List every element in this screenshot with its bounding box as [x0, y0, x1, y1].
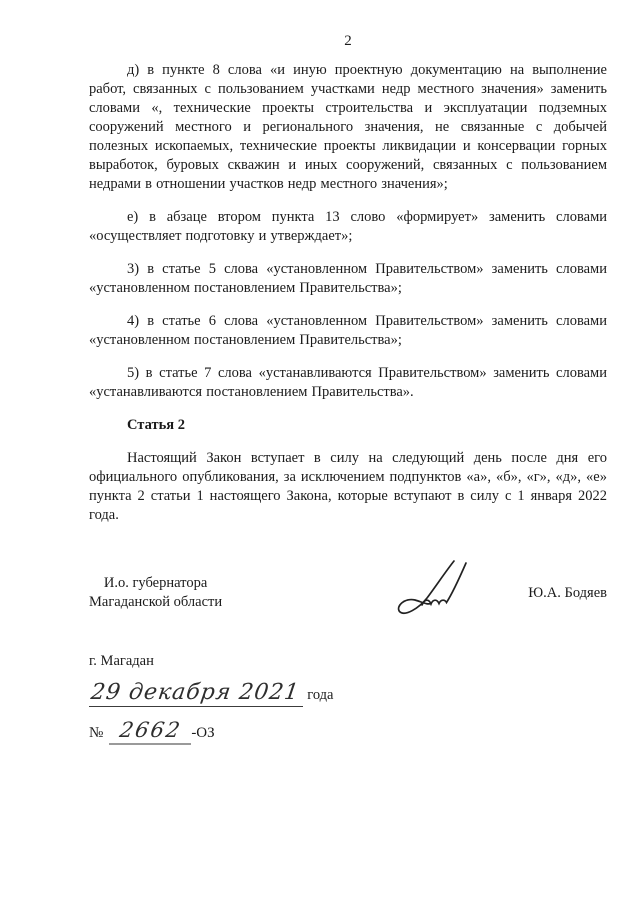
paragraph-point-3: 3) в статье 5 слова «установленном Прави… — [89, 260, 607, 298]
signer-position-line2: Магаданской области — [89, 593, 222, 612]
signer-position-line1: И.о. губернатора — [89, 574, 222, 593]
date-line: 29 декабря 2021года — [89, 681, 607, 707]
paragraph-point-5: 5) в статье 7 слова «устанавливаются Пра… — [89, 364, 607, 402]
article-2-heading: Статья 2 — [89, 416, 607, 435]
city-line: г. Магадан — [89, 652, 607, 671]
number-suffix: -ОЗ — [191, 725, 214, 741]
date-underline: 29 декабря 2021 — [89, 681, 303, 707]
number-underline: 2662 — [109, 719, 191, 745]
signature-row: И.о. губернатора Магаданской области Ю.А… — [89, 573, 607, 613]
paragraph-subpoint-d: д) в пункте 8 слова «и иную проектную до… — [89, 61, 607, 194]
article-2-body: Настоящий Закон вступает в силу на следу… — [89, 449, 607, 525]
paragraph-subpoint-e: е) в абзаце втором пункта 13 слово «форм… — [89, 208, 607, 246]
date-suffix: года — [307, 687, 333, 703]
signer-name: Ю.А. Бодяев — [528, 584, 607, 603]
document-page: 2 д) в пункте 8 слова «и иную проектную … — [0, 0, 640, 905]
signer-position: И.о. губернатора Магаданской области — [89, 574, 222, 612]
paragraph-point-4: 4) в статье 6 слова «установленном Прави… — [89, 312, 607, 350]
page-number: 2 — [89, 32, 607, 51]
number-line: №2662-ОЗ — [89, 719, 607, 745]
signature-scribble-icon — [392, 555, 470, 619]
handwritten-number: 2662 — [118, 719, 183, 741]
number-label: № — [89, 725, 103, 741]
handwritten-date: 29 декабря 2021 — [89, 681, 301, 705]
